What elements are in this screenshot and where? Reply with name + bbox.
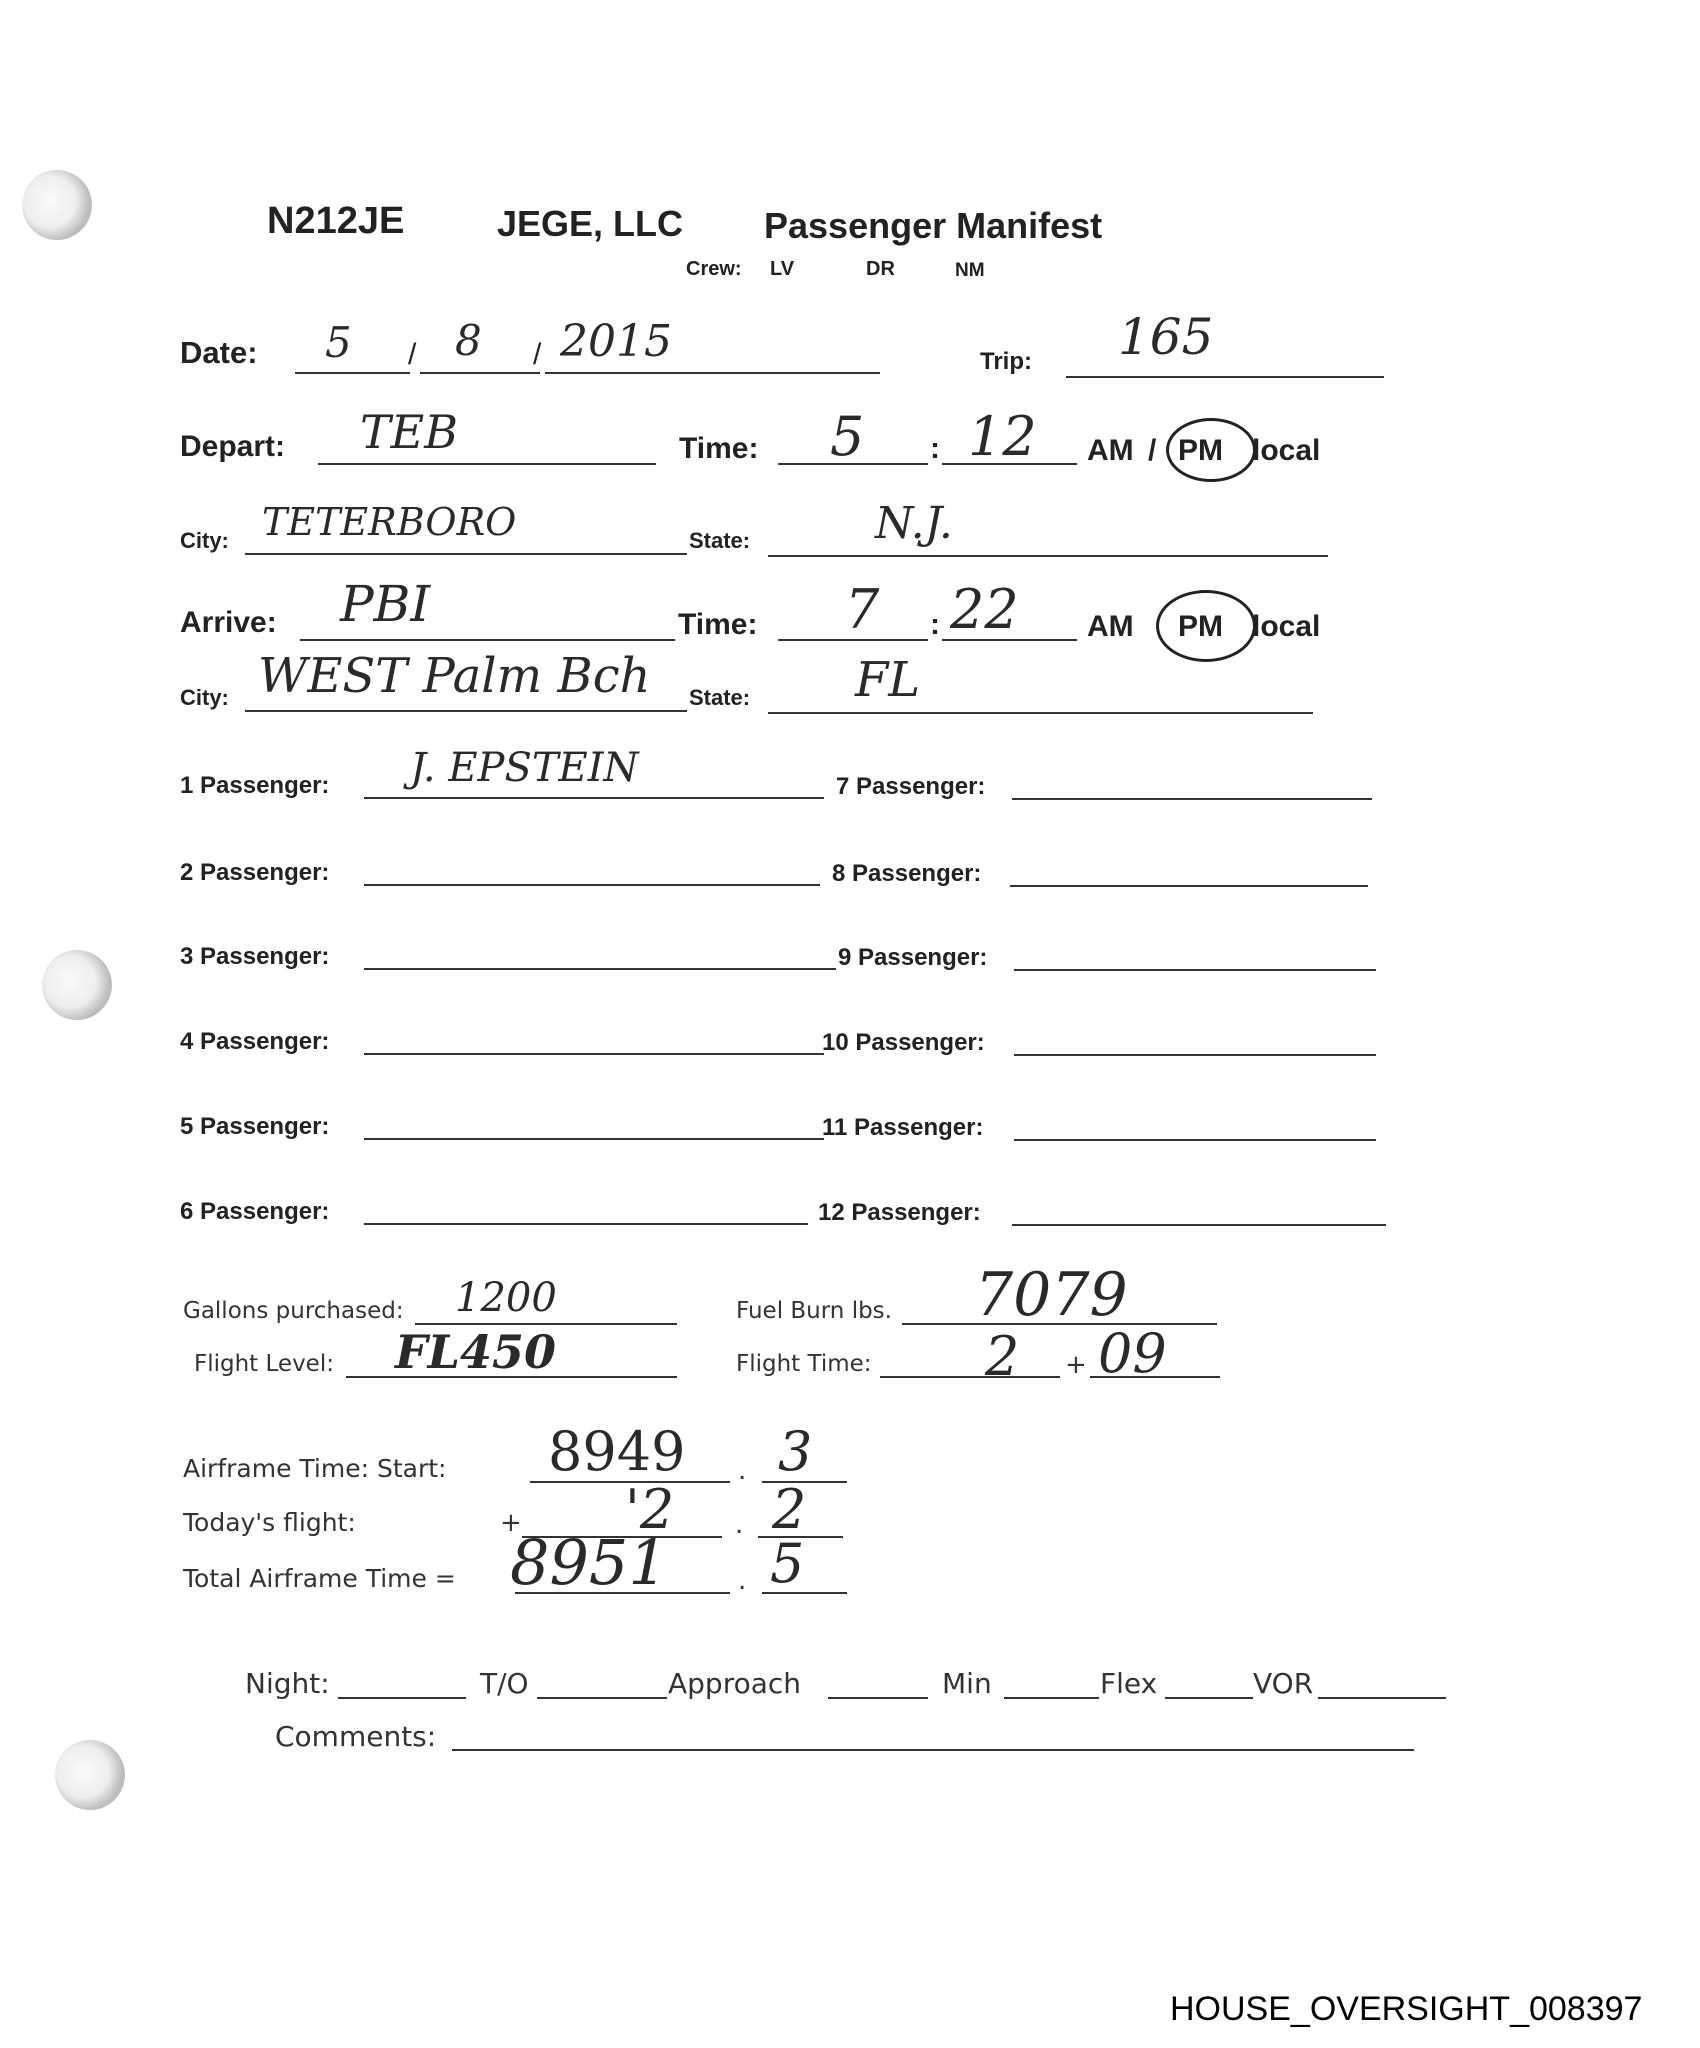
fuel-burn-value[interactable]: 7079 — [975, 1260, 1128, 1330]
todays-flight-label: Today's flight: — [183, 1508, 356, 1537]
date-sep-2: / — [533, 338, 541, 372]
comments-label: Comments: — [275, 1720, 436, 1753]
to-label: T/O — [480, 1667, 529, 1700]
date-month-value[interactable]: 5 — [325, 318, 352, 367]
depart-time-label: Time: — [679, 432, 758, 466]
date-day-line — [420, 372, 540, 374]
to-line[interactable] — [537, 1697, 667, 1699]
depart-local-label: local — [1252, 434, 1320, 468]
depart-pm-selected-circle — [1166, 418, 1256, 482]
arrive-hour-value[interactable]: 7 — [845, 578, 879, 641]
passenger-7-line[interactable] — [1012, 798, 1372, 800]
min-label: Min — [942, 1667, 992, 1700]
depart-city-line — [245, 553, 687, 555]
flex-label: Flex — [1100, 1667, 1157, 1700]
date-label: Date: — [180, 335, 258, 371]
depart-minute-value[interactable]: 12 — [968, 405, 1037, 468]
depart-city-label: City: — [180, 528, 229, 554]
airframe-start-whole-value[interactable]: 8949 — [548, 1420, 685, 1483]
date-year-value[interactable]: 2015 — [560, 316, 672, 367]
arrive-state-value[interactable]: FL — [855, 652, 920, 708]
arrive-minute-value[interactable]: 22 — [950, 578, 1019, 641]
flex-line[interactable] — [1165, 1697, 1253, 1699]
passenger-11-label: 11 Passenger: — [822, 1114, 983, 1142]
trip-label: Trip: — [980, 348, 1032, 376]
arrive-colon: : — [930, 608, 940, 642]
passenger-6-label: 6 Passenger: — [180, 1198, 329, 1226]
passenger-8-line[interactable] — [1010, 885, 1368, 887]
comments-line[interactable] — [452, 1749, 1414, 1751]
tail-number: N212JE — [267, 200, 404, 243]
vor-label: VOR — [1253, 1667, 1313, 1700]
passenger-4-label: 4 Passenger: — [180, 1028, 329, 1056]
crew-label: Crew: — [686, 258, 742, 281]
passenger-1-line[interactable] — [364, 797, 824, 799]
depart-am-option[interactable]: AM — [1087, 434, 1134, 468]
passenger-1-label: 1 Passenger: — [180, 772, 329, 800]
depart-colon: : — [930, 432, 940, 466]
depart-label: Depart: — [180, 430, 285, 464]
passenger-4-line[interactable] — [364, 1053, 824, 1055]
flight-time-plus: + — [1065, 1350, 1087, 1380]
arrive-value[interactable]: PBI — [340, 575, 430, 633]
flight-time-label: Flight Time: — [736, 1351, 872, 1377]
crew-member-1: LV — [770, 258, 794, 281]
arrive-line — [300, 639, 675, 641]
passenger-2-line[interactable] — [364, 884, 820, 886]
passenger-6-line[interactable] — [364, 1223, 808, 1225]
bates-number: HOUSE_OVERSIGHT_008397 — [1170, 1990, 1642, 2029]
crew-member-3: NM — [955, 260, 985, 282]
company-name: JEGE, LLC — [497, 203, 683, 245]
arrive-am-option[interactable]: AM — [1087, 610, 1134, 644]
total-airframe-label: Total Airframe Time = — [183, 1564, 456, 1593]
passenger-8-label: 8 Passenger: — [832, 860, 981, 888]
passenger-10-label: 10 Passenger: — [822, 1029, 985, 1057]
passenger-12-label: 12 Passenger: — [818, 1199, 981, 1227]
depart-state-label: State: — [689, 528, 750, 554]
arrive-state-line — [768, 712, 1313, 714]
depart-hour-value[interactable]: 5 — [830, 405, 864, 468]
arrive-pm-selected-circle — [1156, 590, 1256, 662]
arrive-label: Arrive: — [180, 606, 277, 640]
vor-line[interactable] — [1318, 1697, 1446, 1699]
approach-label: Approach — [668, 1667, 801, 1700]
date-month-line — [295, 372, 410, 374]
arrive-city-value[interactable]: WEST Palm Bch — [258, 648, 650, 704]
night-line[interactable] — [338, 1697, 466, 1699]
airframe-start-dec-value[interactable]: 3 — [778, 1420, 812, 1483]
flight-time-hours-value[interactable]: 2 — [985, 1325, 1019, 1388]
page-title: Passenger Manifest — [764, 205, 1102, 247]
depart-value[interactable]: TEB — [360, 405, 458, 459]
trip-value[interactable]: 165 — [1118, 308, 1213, 366]
airframe-start-label: Airframe Time: Start: — [183, 1454, 446, 1483]
date-sep-1: / — [408, 338, 416, 372]
date-day-value[interactable]: 8 — [455, 316, 482, 365]
binder-hole-middle — [42, 950, 112, 1020]
date-year-line — [545, 372, 880, 374]
flight-time-hours-line — [880, 1376, 1060, 1378]
depart-line — [318, 463, 656, 465]
arrive-time-label: Time: — [678, 608, 757, 642]
airframe-start-dot: . — [738, 1456, 746, 1486]
binder-hole-bottom — [55, 1740, 125, 1810]
passenger-2-label: 2 Passenger: — [180, 859, 329, 887]
approach-line[interactable] — [828, 1697, 928, 1699]
depart-state-value[interactable]: N.J. — [875, 498, 953, 549]
passenger-9-label: 9 Passenger: — [838, 944, 987, 972]
total-airframe-dec-value[interactable]: 5 — [770, 1532, 804, 1595]
binder-hole-top — [22, 170, 92, 240]
night-label: Night: — [245, 1667, 330, 1700]
passenger-7-label: 7 Passenger: — [836, 773, 985, 801]
passenger-10-line[interactable] — [1014, 1054, 1376, 1056]
passenger-11-line[interactable] — [1014, 1139, 1376, 1141]
passenger-5-label: 5 Passenger: — [180, 1113, 329, 1141]
crew-member-2: DR — [866, 258, 895, 281]
depart-state-line — [768, 555, 1328, 557]
passenger-9-line[interactable] — [1014, 969, 1376, 971]
arrive-state-label: State: — [689, 685, 750, 711]
trip-line — [1066, 376, 1384, 378]
gallons-value[interactable]: 1200 — [455, 1275, 557, 1321]
arrive-city-line — [245, 710, 687, 712]
passenger-1-value[interactable]: J. EPSTEIN — [410, 745, 639, 791]
passenger-12-line[interactable] — [1012, 1224, 1386, 1226]
min-line[interactable] — [1004, 1697, 1099, 1699]
arrive-city-label: City: — [180, 685, 229, 711]
gallons-label: Gallons purchased: — [183, 1298, 404, 1324]
total-airframe-dot: . — [738, 1566, 746, 1596]
passenger-3-line[interactable] — [364, 968, 836, 970]
todays-flight-dot: . — [735, 1510, 743, 1540]
depart-slash: / — [1148, 434, 1156, 468]
flight-level-label: Flight Level: — [194, 1351, 334, 1377]
fuel-burn-label: Fuel Burn lbs. — [736, 1298, 892, 1324]
depart-city-value[interactable]: TETERBORO — [262, 500, 516, 544]
flight-time-minutes-value[interactable]: 09 — [1098, 1322, 1167, 1385]
passenger-3-label: 3 Passenger: — [180, 943, 329, 971]
passenger-5-line[interactable] — [364, 1138, 824, 1140]
arrive-local-label: local — [1252, 610, 1320, 644]
total-airframe-whole-value[interactable]: 8951 — [510, 1526, 668, 1599]
flight-level-value[interactable]: FL450 — [395, 1325, 556, 1379]
